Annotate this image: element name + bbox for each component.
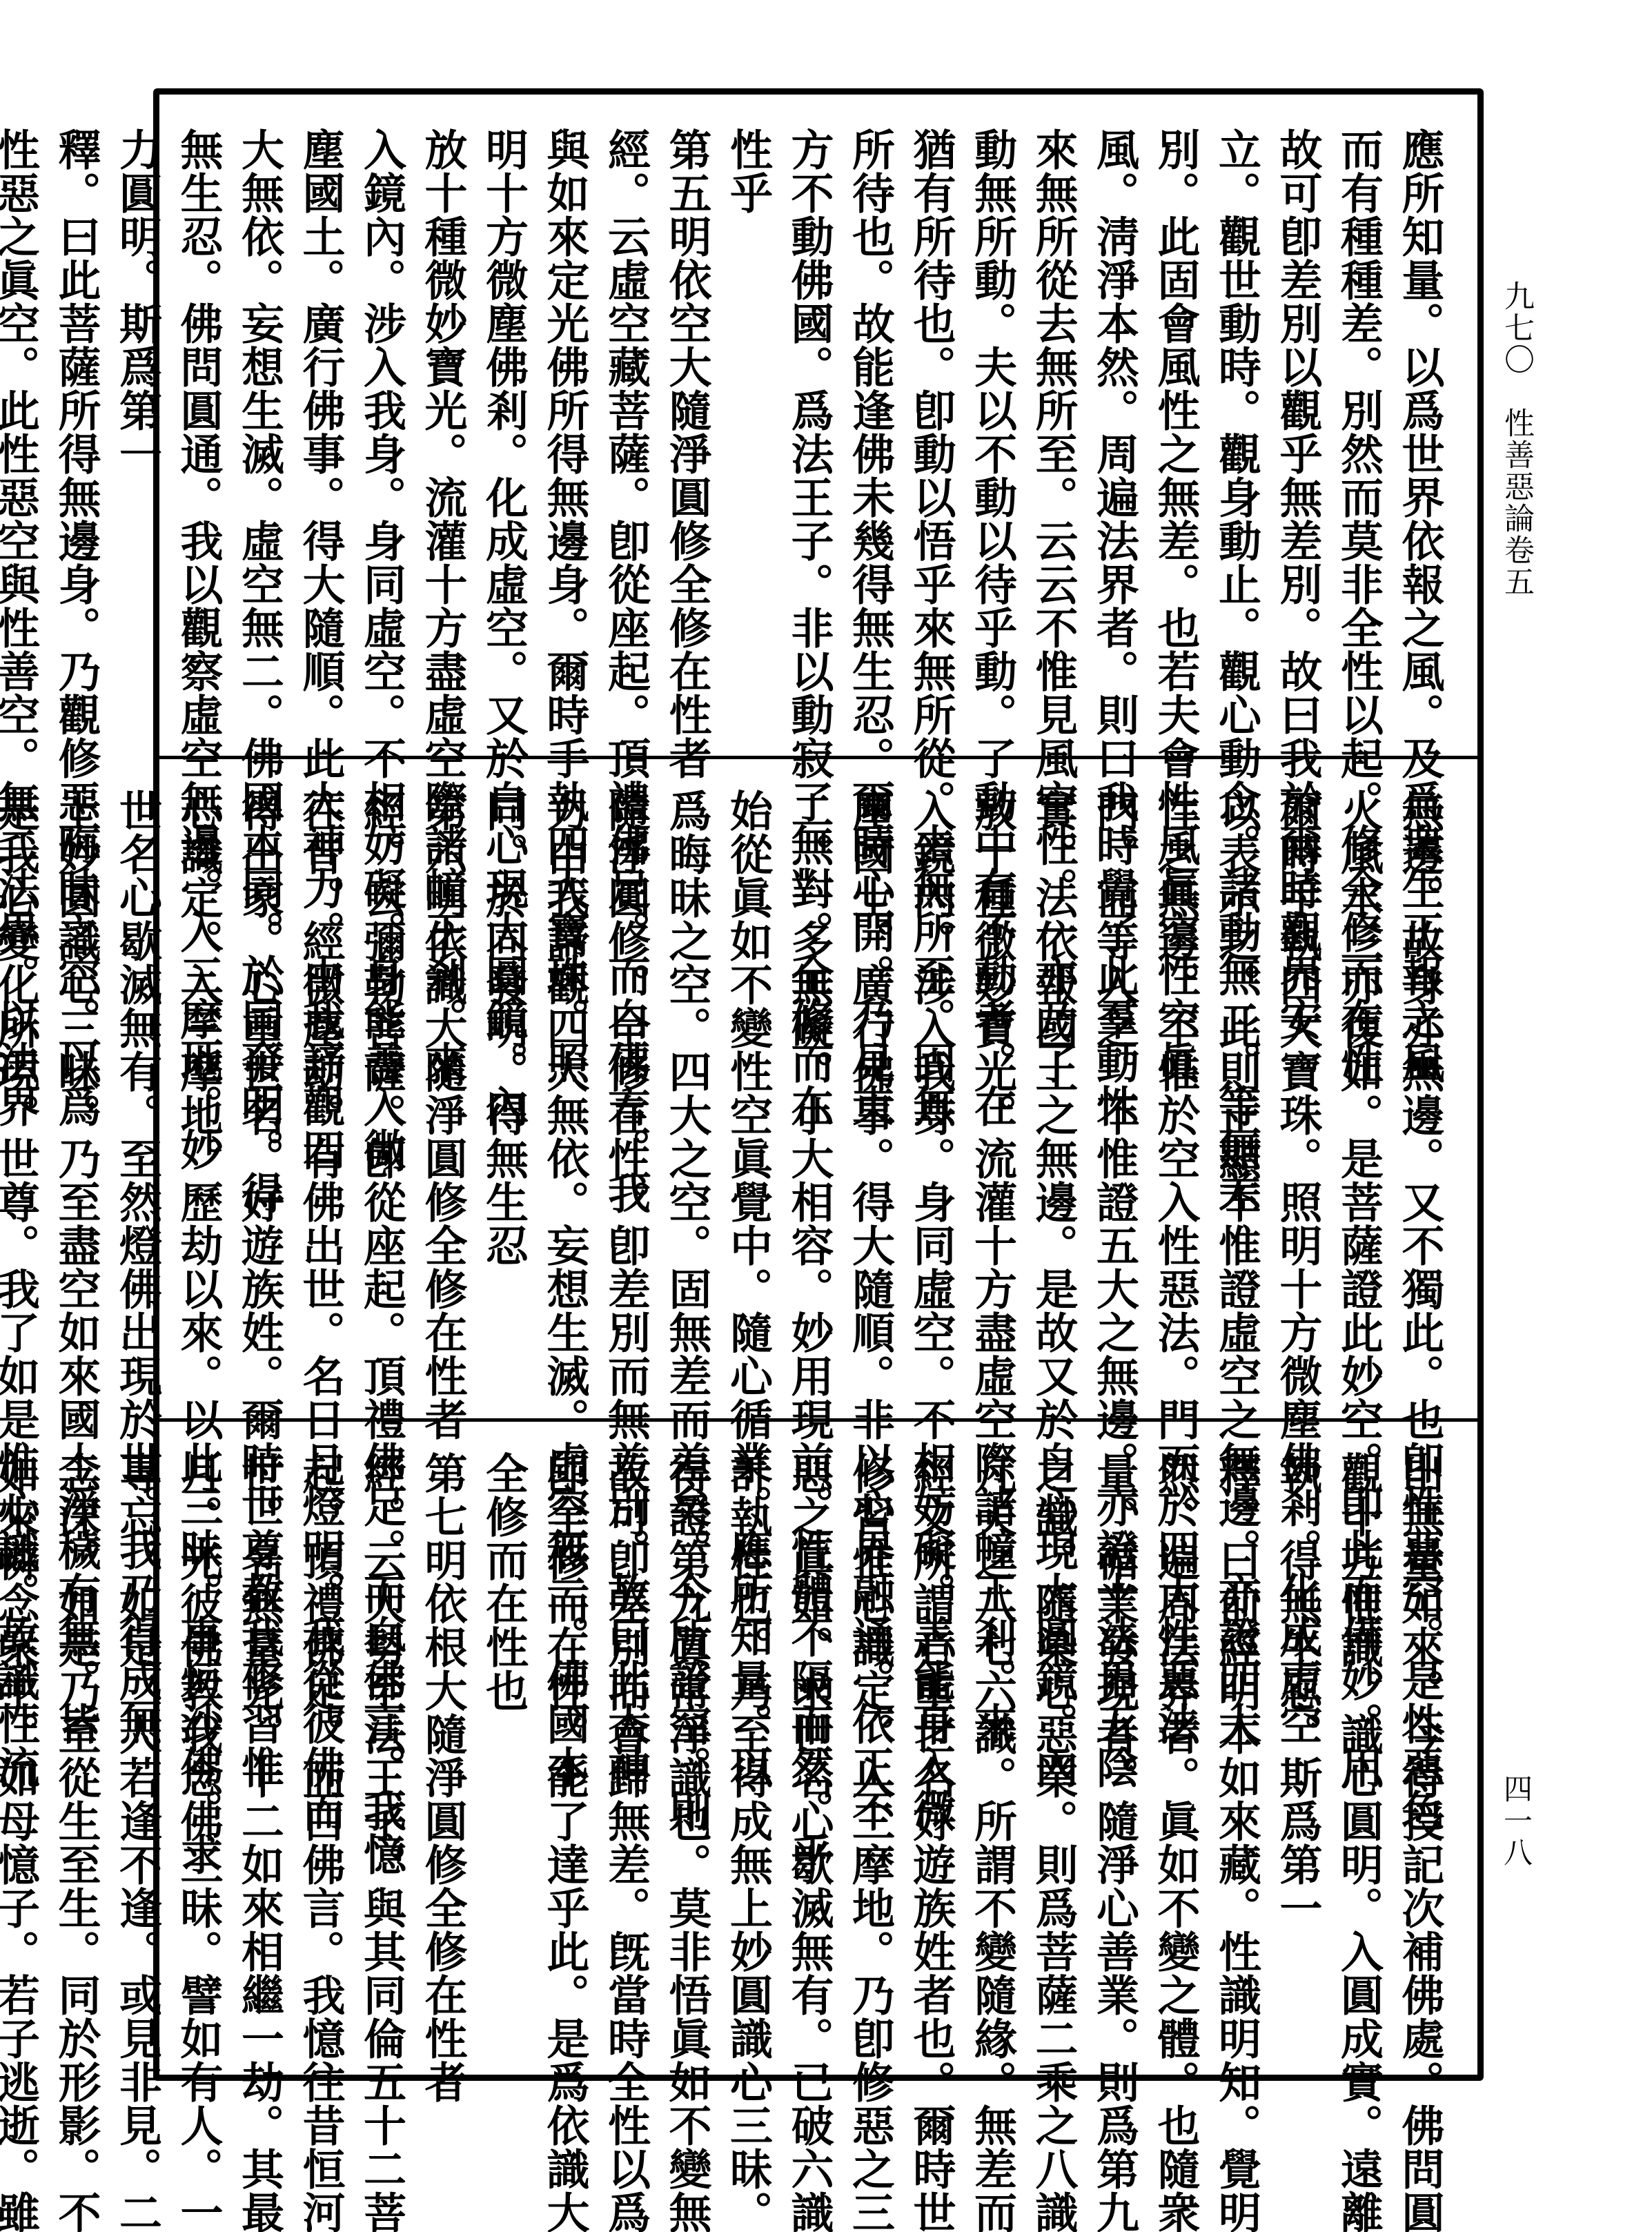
text-column: 塵國土。廣行佛事。得大隨順。非以心界融通。依正不 [839, 789, 901, 1396]
text-column: 量。循業發現者。隨淨心善業。則爲第九菴摩羅白淨 [1083, 1451, 1145, 2059]
text-column: 力由我諦觀四大無依。妄想生滅。虛空無二。佛國本 [534, 789, 596, 1396]
running-header: 九七〇 性善惡論卷五 [1499, 207, 1568, 598]
text-column: 專忘。如是二人若逢不逢。或見非見。二人相憶。二憶 [106, 1451, 168, 2059]
text-column: 而有種種差。別然而莫非全性以起。修全修而在性 [1328, 128, 1389, 735]
section-3-text: 出無量如來。今得授記次補佛處。佛問圓通。我以諦觀十方惟識。識心圓明。入圓成實。遠… [0, 1451, 1450, 2059]
text-column: 來無所從去無所至。云云不惟見風空性。一亦乃了 [1023, 128, 1084, 735]
text-column: 實。法依報國土之無邊。是故又於自心現大圓鏡。內 [1023, 789, 1084, 1396]
text-column: 無生忍。佛問圓通。我以觀察虛空無邊。入三摩地。妙 [168, 128, 229, 735]
text-column: 入鏡內。涉入我身。身同虛空。不相妨礙。善能身入微 [901, 789, 962, 1396]
volume-page-number: 九七〇 [1499, 280, 1534, 375]
text-column: 別。此固會風性之無差。也若夫會性風眞空性空眞 [1145, 128, 1206, 735]
text-column: 故可卽差別以觀乎無差別。故曰我於爾時觀界安 [1267, 128, 1328, 735]
text-column: 經。云彌勒菩薩。卽從座起。頂禮佛足。而白佛言。我憶 [351, 789, 412, 1396]
text-column: 隨淨圓修。全修在性。卽差別而無差別。故曰此大神 [595, 789, 656, 1396]
text-column: 同。於同發明。得無生忍 [473, 789, 534, 1396]
text-column: 爲晦昧之空。四大之空。固無差而差矣。今所證空。則 [656, 789, 718, 1396]
text-column: 故可卽差別而會歸無差。旣當時全性以爲修。故可 [595, 1451, 656, 2059]
text-column: 往昔。經微塵劫。有佛出世。名日月燈明。我從彼佛而 [290, 789, 351, 1396]
text-column: 入鏡內。涉入我身。身同虛空。不相妨礙。身能善入微 [351, 128, 412, 735]
text-column: 以表示之。此則正顯不惟證虛空之無邊。亦證四大 [1206, 789, 1267, 1396]
text-column: 世。名無量光。十二如來相繼一劫。其最後佛名超日 [228, 1451, 290, 2059]
text-frame: 應所知量。以爲世界依報之風。及爲衆生正報之風而有種種差。別然而莫非全性以起。修全… [153, 88, 1484, 2081]
text-column: 之識。隨染心惡業。則爲菩薩二乘之八識。則爲六道 [1023, 1451, 1084, 2059]
text-column: 執。得無生忍。斯爲第一 [1267, 1451, 1328, 2059]
section-1-text: 應所知量。以爲世界依報之風。及爲衆生正報之風而有種種差。別然而莫非全性以起。修全… [0, 128, 1450, 735]
text-column: 念深。如是乃至從生至生。同於形影。不相乖異。十方 [46, 1451, 107, 2059]
text-column: 爾時手執四大寶珠。照明十方微塵佛剎。化成虛空 [1267, 789, 1328, 1396]
text-column: 性惡之眞空。此性惡空與性善空。無二法界。以法界 [0, 128, 46, 735]
text-column: 力圓明。斯爲第一 [106, 128, 168, 735]
text-column: 修習惟心識定。入三摩地。乃卽修惡之三識以觀性 [839, 1451, 901, 2059]
text-column: 所待也。故能逢佛未幾得無生忍。爾時心開。乃見東 [839, 128, 901, 735]
text-column: 如來憐念衆生。如母憶子。若子逃逝。雖憶何爲。子若 [0, 1451, 46, 2059]
text-column: 經。云虛空藏菩薩。卽從座起。頂禮佛足。而白佛言。我 [595, 128, 656, 735]
text-column: 性乎 [717, 128, 778, 735]
text-column: 心識定。入三摩地。歷劫以來。以此三昧。事恒沙佛。求 [168, 789, 229, 1396]
text-column: 猶有所待也。卽動以悟乎來無所從。去無所至。固無 [901, 128, 962, 735]
text-column: 始從眞如不變性空眞覺中。隨心循業。應所知量。以 [717, 789, 778, 1396]
text-column: 惡之眞如。求世名心歇滅無有。已破六識七識之遍 [778, 1451, 840, 2059]
text-column: 得證第九眞常淨識也。莫非悟眞如不變無差而差 [656, 1451, 718, 2059]
text-column: 無邊。故身亦無邊。又不獨此。也卽性惡空。是性惡色 [1389, 789, 1451, 1396]
text-column: 門。而等入之。不惟證五大之無邊。亦證十法界五陰 [1083, 789, 1145, 1396]
text-column: 第六明依識大隨淨圓修全修在性者 [412, 789, 473, 1396]
page-number: 四一八 [1499, 1774, 1533, 1869]
text-section-1: 應所知量。以爲世界依報之風。及爲衆生正報之風而有種種差。別然而莫非全性以起。修全… [159, 95, 1477, 756]
text-column: 釋。曰前經明本如來藏。性識明知。覺明眞識。妙德瑩 [1206, 1451, 1267, 2059]
text-column: 上妙圓識心三昧。乃至盡空如來國土淨穢有無。皆 [46, 789, 107, 1396]
text-column: 卽全修而在性。能了達乎此。是爲依識大隨淨圓修 [534, 1451, 596, 2059]
text-column: 全修而在性也 [473, 1451, 534, 2059]
text-column: 世名心歇滅無有。至然燈佛出現於世。我乃得成無 [106, 789, 168, 1396]
text-column: 塵國土。廣行佛事。得大隨順。此大神力。由我諦觀四 [290, 128, 351, 735]
text-column: 第七明依根大隨淨圓修全修在性者 [412, 1451, 473, 2059]
text-column: 觀十方惟識。識心圓明。入圓成實。遠離依他及遍計 [1328, 1451, 1389, 2059]
text-column: 方不動佛國。爲法王子。非以動寂了無對。全修而在 [778, 128, 840, 735]
text-column: 火風水三亦復如。是菩薩證此妙空。卽此而備妙。用 [1328, 789, 1389, 1396]
section-2-text: 無邊。故身亦無邊。又不獨此。也卽性惡空。是性惡色火風水三亦復如。是菩薩證此妙空。… [0, 789, 1450, 1396]
text-column: 與如來定光佛所得無邊身。爾時手執四大寶珠。照 [534, 128, 596, 735]
text-column: 性之無邊。不惟於空入性惡法。門而於四大性惡法 [1145, 789, 1206, 1396]
text-column: 出無量如來。今得授記次補佛處。佛問圓通。我以諦 [1389, 1451, 1451, 2059]
text-column: 釋。曰此菩薩所得無邊身。乃觀修惡晦昧之空。以爲 [46, 128, 107, 735]
text-column: 第五明依空大隨淨圓修全修在性者 [656, 128, 718, 735]
text-column: 放十種微妙寶光。流灌十方盡虛空際諸幢王剎。來 [961, 789, 1023, 1396]
book-title: 性善惡論卷五 [1499, 407, 1534, 598]
text-section-2: 無邊。故身亦無邊。又不獨此。也卽性惡空。是性惡色火風水三亦復如。是菩薩證此妙空。… [159, 756, 1477, 1418]
text-column: 是我心變化所現。世尊。我了如是惟心識。故識性流 [0, 789, 46, 1396]
text-column: 起。頂禮佛足。而白佛言。我憶往昔恒河沙劫。有佛出 [290, 1451, 351, 2059]
text-column: 凡夫之八七六識。所謂不變隨緣。無差而差也。卽此 [961, 1451, 1023, 2059]
text-column: 經。云大勢至法王子。與其同倫五十二菩薩。卽從座 [351, 1451, 412, 2059]
text-column: 動無所動。夫以不動以待乎動。了動中有不動者。在 [961, 128, 1023, 735]
text-column: 然。遍周法界者。眞如不變之體。也隨衆生心。應所知 [1145, 1451, 1206, 2059]
text-column: 風。淸淨本然。周遍法界者。則曰我時覺了此羣動性 [1083, 128, 1145, 735]
text-column: 經文所謂心重世名好遊族姓者也。爾時世尊教我 [901, 1451, 962, 2059]
text-column: 應所知量。以爲世界依報之風。及爲衆生正報之風 [1389, 128, 1451, 735]
text-column: 放十種微妙寶光。流灌十方盡虛空際諸幢王剎。來 [412, 128, 473, 735]
text-column: 立。觀世動時。觀身動止。觀心動念。諸動無二。等無差 [1206, 128, 1267, 735]
text-column: 明十方微塵佛剎。化成虛空。又於自心現大圓鏡。內 [473, 128, 534, 735]
text-column: 計執性也。乃至得成無上妙圓識心三昧。破去八識 [717, 1451, 778, 2059]
text-column: 大無依。妄想生滅。虛空無二。佛國本同。於同發明。得 [228, 128, 290, 735]
text-column: 二。一多無礙。小大相容。妙用現前。性體不隔而然。乎 [778, 789, 840, 1396]
text-section-3: 出無量如來。今得授記次補佛處。佛問圓通。我以諦觀十方惟識。識心圓明。入圓成實。遠… [159, 1418, 1477, 2075]
text-column: 得出家。心重世名。好遊族姓。爾時世尊教我修習惟 [228, 789, 290, 1396]
text-column: 月。光彼佛教我念佛三昧。譬如有人。一專爲憶。一人 [168, 1451, 229, 2059]
header-spacer [1499, 375, 1534, 407]
